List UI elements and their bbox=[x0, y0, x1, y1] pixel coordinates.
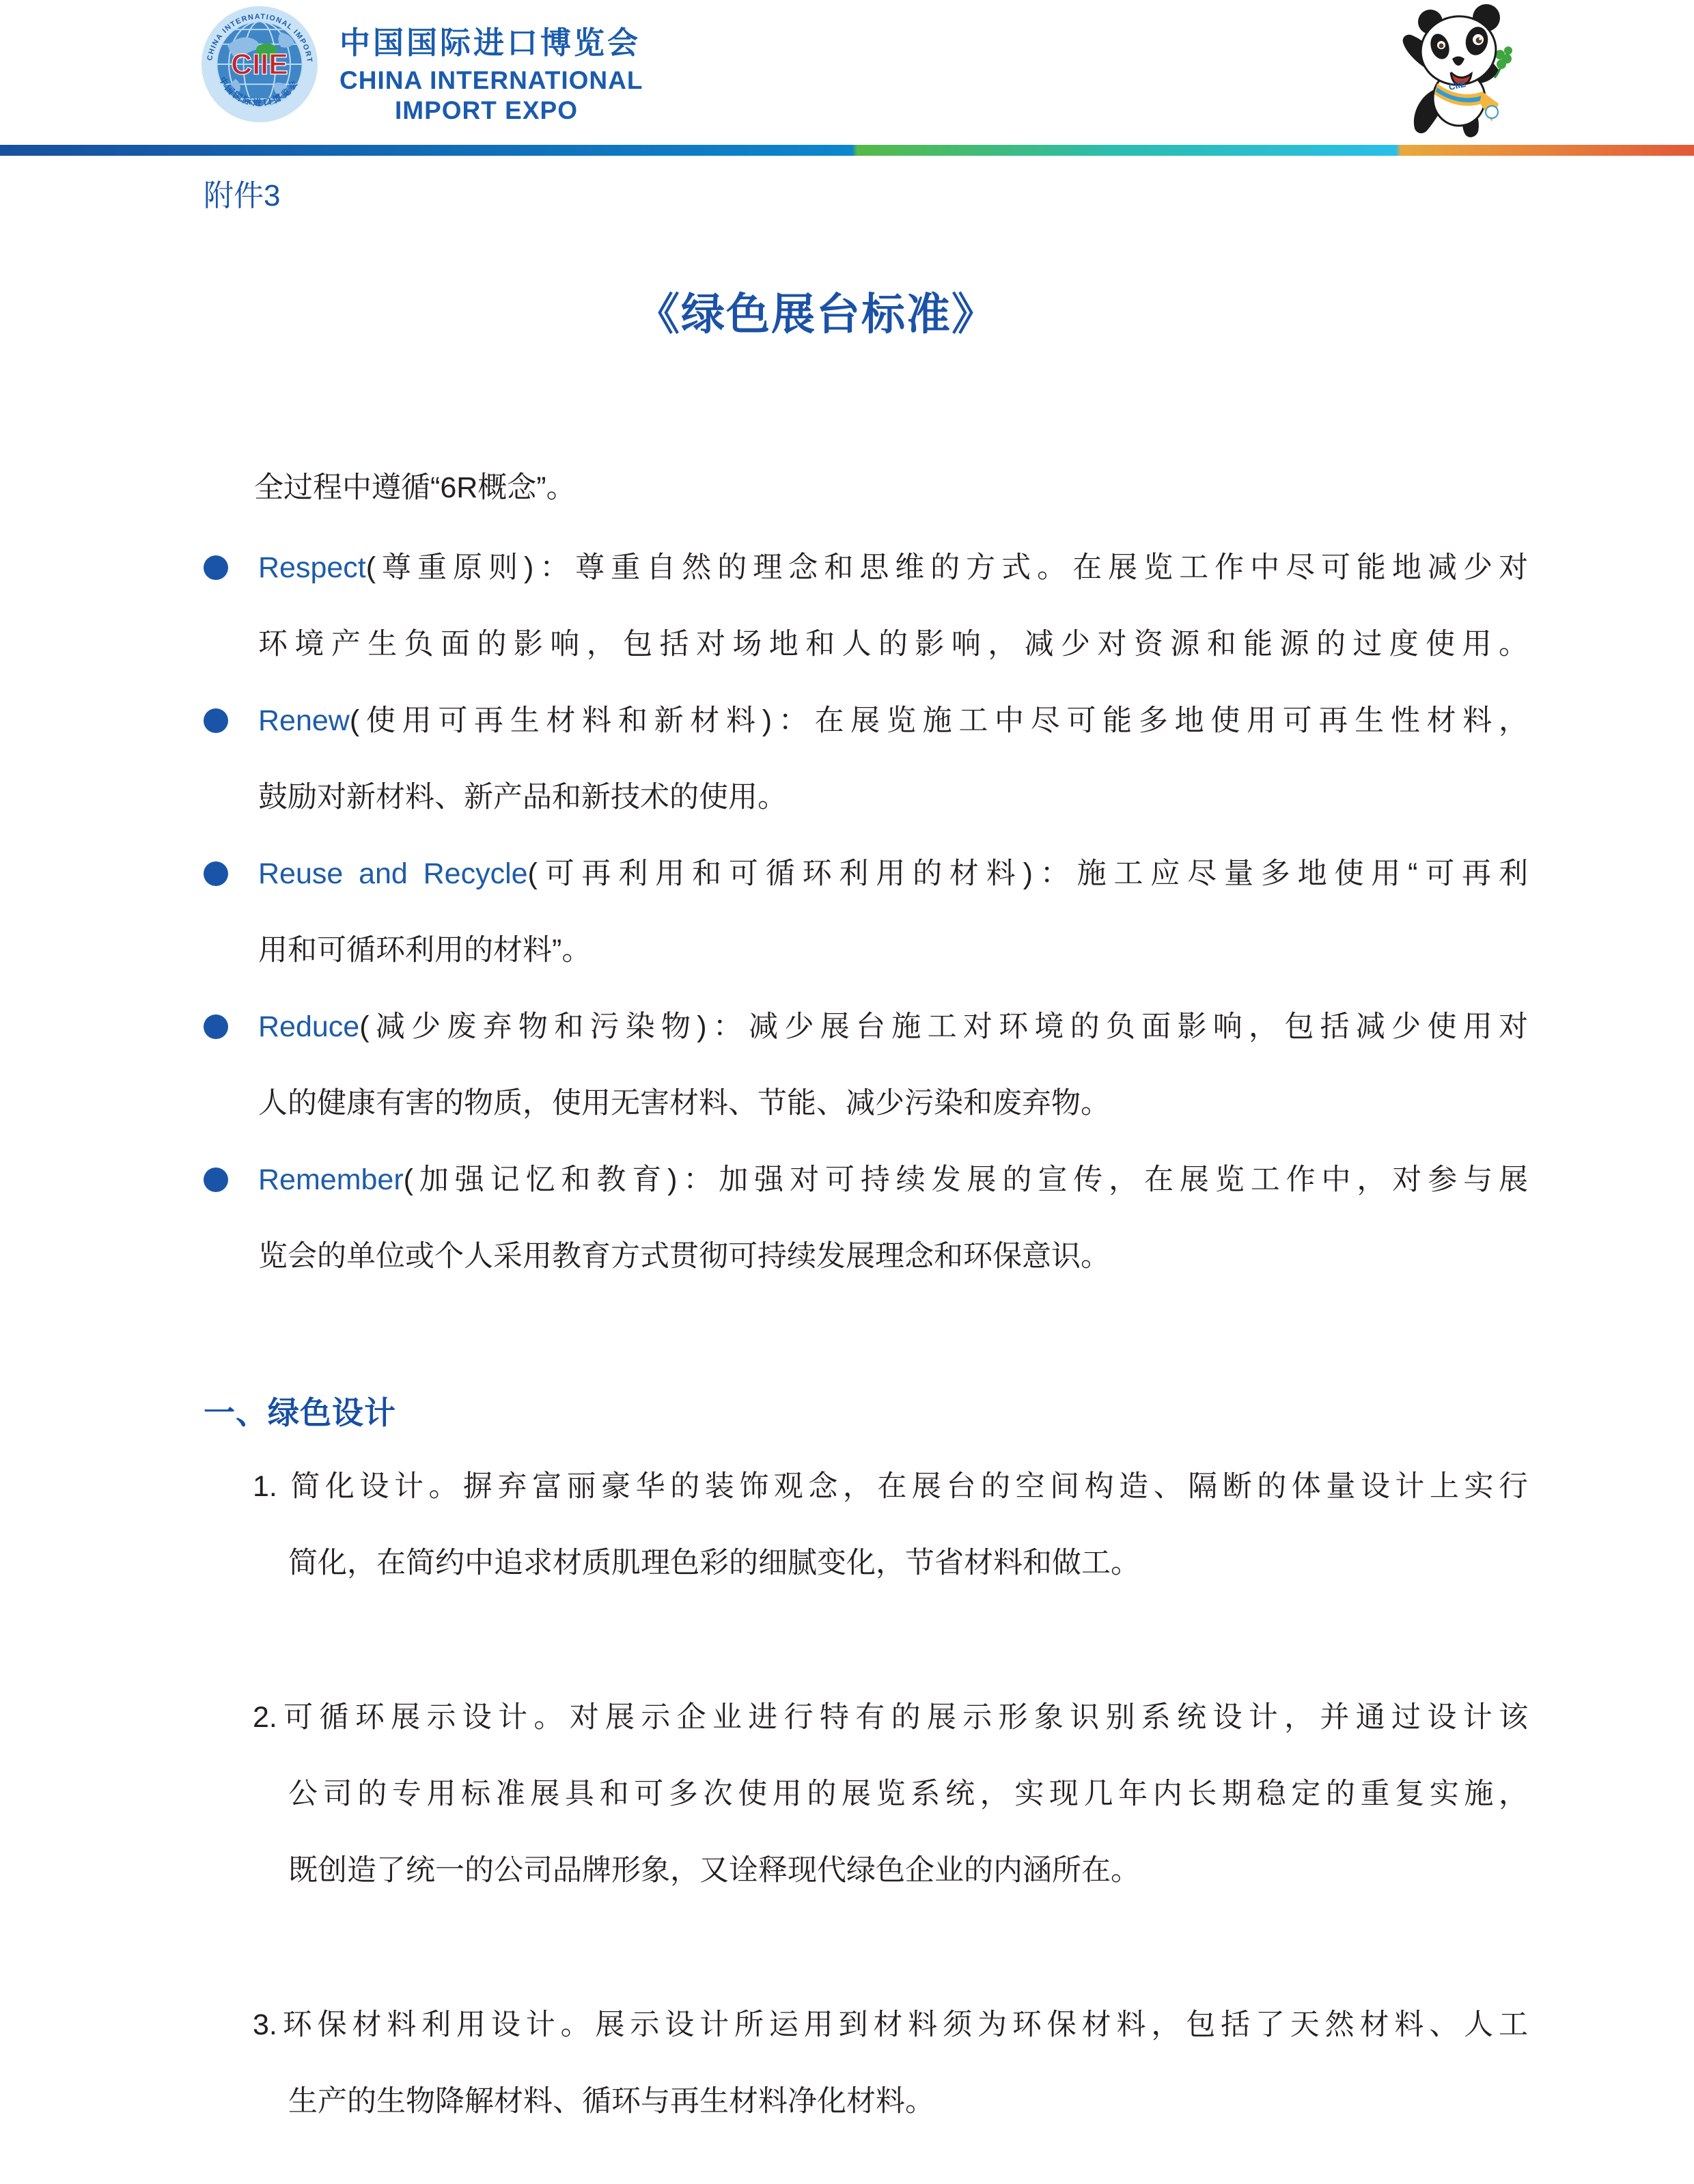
clover-icon bbox=[1495, 46, 1512, 78]
bullet-text: (尊重原则)：尊重自然的理念和思维的方式。在展览工作中尽可能地减少对 bbox=[366, 551, 1528, 584]
item-line: 3.环保材料利用设计。展示设计所运用到材料须为环保材料，包括了天然材料、人工 bbox=[253, 1987, 1528, 2063]
six-r-bullet-list: Respect(尊重原则)：尊重自然的理念和思维的方式。在展览工作中尽可能地减少… bbox=[204, 529, 1528, 1295]
document-page: CIIE CHINA INTERNATIONAL IMPORT EXPO 中 国… bbox=[0, 0, 1694, 2184]
bullet-dot-icon bbox=[204, 861, 228, 886]
list-item: Respect(尊重原则)：尊重自然的理念和思维的方式。在展览工作中尽可能地减少… bbox=[204, 529, 1528, 606]
bullet-text: (可再利用和可循环利用的材料)：施工应尽量多地使用“可再利 bbox=[528, 857, 1528, 890]
list-item: Reuse and Recycle(可再利用和可循环利用的材料)：施工应尽量多地… bbox=[204, 835, 1528, 912]
bullet-dot-icon bbox=[204, 555, 228, 580]
bullet-text: 用和可循环利用的材料”。 bbox=[258, 934, 591, 967]
item-line: 简化，在简约中追求材质肌理色彩的细腻变化，节省材料和做工。 bbox=[288, 1525, 1528, 1601]
bullet-text: 鼓励对新材料、新产品和新技术的使用。 bbox=[258, 781, 787, 814]
numbered-item-2: 2.可循环展示设计。对展示企业进行特有的展示形象识别系统设计，并通过设计该 公司… bbox=[253, 1679, 1528, 1909]
bullet-text: 环境产生负面的影响，包括对场地和人的影响，减少对资源和能源的过度使用。 bbox=[258, 628, 1528, 661]
logo-wordmark: 中国国际进口博览会 CHINA INTERNATIONAL IMPORT EXP… bbox=[339, 18, 633, 125]
bullet-term: Remember bbox=[258, 1163, 404, 1196]
bullet-term: Reduce bbox=[258, 1010, 359, 1043]
section-heading-green-design: 一、绿色设计 bbox=[204, 1394, 396, 1432]
page-title: 《绿色展台标准》 bbox=[0, 287, 1694, 342]
attachment-label: 附件3 bbox=[204, 177, 280, 215]
list-item-continuation: 鼓励对新材料、新产品和新技术的使用。 bbox=[204, 759, 1528, 835]
ciie-acronym: CIIE bbox=[231, 49, 288, 81]
item-line: 1. 简化设计。摒弃富丽豪华的装饰观念，在展台的空间构造、隔断的体量设计上实行 bbox=[253, 1448, 1528, 1525]
bullet-dot-icon bbox=[204, 708, 228, 733]
list-item-continuation: 环境产生负面的影响，包括对场地和人的影响，减少对资源和能源的过度使用。 bbox=[204, 606, 1528, 682]
bullet-text: (使用可再生材料和新材料)：在展览施工中尽可能多地使用可再生性材料， bbox=[350, 704, 1528, 737]
item-line: 2.可循环展示设计。对展示企业进行特有的展示形象识别系统设计，并通过设计该 bbox=[253, 1679, 1528, 1756]
bullet-dot-icon bbox=[204, 1167, 228, 1192]
list-item: Renew(使用可再生材料和新材料)：在展览施工中尽可能多地使用可再生性材料， bbox=[204, 682, 1528, 759]
bullet-text: (减少废弃物和污染物)：减少展台施工对环境的负面影响，包括减少使用对 bbox=[359, 1010, 1528, 1043]
numbered-item-1: 1. 简化设计。摒弃富丽豪华的装饰观念，在展台的空间构造、隔断的体量设计上实行 … bbox=[253, 1448, 1528, 1601]
bullet-term: Reuse and Recycle bbox=[258, 857, 528, 890]
bullet-text: 览会的单位或个人采用教育方式贯彻可持续发展理念和环保意识。 bbox=[258, 1240, 1110, 1273]
bullet-term: Respect bbox=[258, 551, 366, 584]
logo-title-en-line1: CHINA INTERNATIONAL bbox=[339, 66, 633, 95]
panda-mascot-icon: CIIE bbox=[1392, 1, 1529, 138]
numbered-item-3: 3.环保材料利用设计。展示设计所运用到材料须为环保材料，包括了天然材料、人工 生… bbox=[253, 1987, 1528, 2140]
list-item-continuation: 人的健康有害的物质，使用无害材料、节能、减少污染和废弃物。 bbox=[204, 1065, 1528, 1142]
intro-paragraph: 全过程中遵循“6R概念”。 bbox=[254, 450, 1528, 526]
list-item: Remember(加强记忆和教育)：加强对可持续发展的宣传，在展览工作中，对参与… bbox=[204, 1142, 1528, 1218]
list-item-continuation: 览会的单位或个人采用教育方式贯彻可持续发展理念和环保意识。 bbox=[204, 1218, 1528, 1295]
list-item: Reduce(减少废弃物和污染物)：减少展台施工对环境的负面影响，包括减少使用对 bbox=[204, 989, 1528, 1065]
item-line: 既创造了统一的公司品牌形象，又诠释现代绿色企业的内涵所在。 bbox=[288, 1832, 1528, 1909]
ciie-globe-logo-icon: CIIE CHINA INTERNATIONAL IMPORT EXPO 中 国… bbox=[199, 5, 320, 123]
logo-title-zh: 中国国际进口博览会 bbox=[339, 18, 633, 62]
logo-title-en-line2: IMPORT EXPO bbox=[339, 96, 633, 125]
bullet-dot-icon bbox=[204, 1014, 228, 1039]
list-item-continuation: 用和可循环利用的材料”。 bbox=[204, 912, 1528, 989]
bullet-text: (加强记忆和教育)：加强对可持续发展的宣传，在展览工作中，对参与展 bbox=[404, 1163, 1528, 1196]
item-line: 生产的生物降解材料、循环与再生材料净化材料。 bbox=[288, 2063, 1528, 2140]
brand-gradient-bar bbox=[0, 145, 1694, 156]
bullet-text: 人的健康有害的物质，使用无害材料、节能、减少污染和废弃物。 bbox=[258, 1087, 1110, 1120]
item-line: 公司的专用标准展具和可多次使用的展览系统，实现几年内长期稳定的重复实施， bbox=[288, 1756, 1528, 1832]
numbered-item-list: 1. 简化设计。摒弃富丽豪华的装饰观念，在展台的空间构造、隔断的体量设计上实行 … bbox=[253, 1448, 1528, 2140]
bullet-term: Renew bbox=[258, 704, 350, 737]
